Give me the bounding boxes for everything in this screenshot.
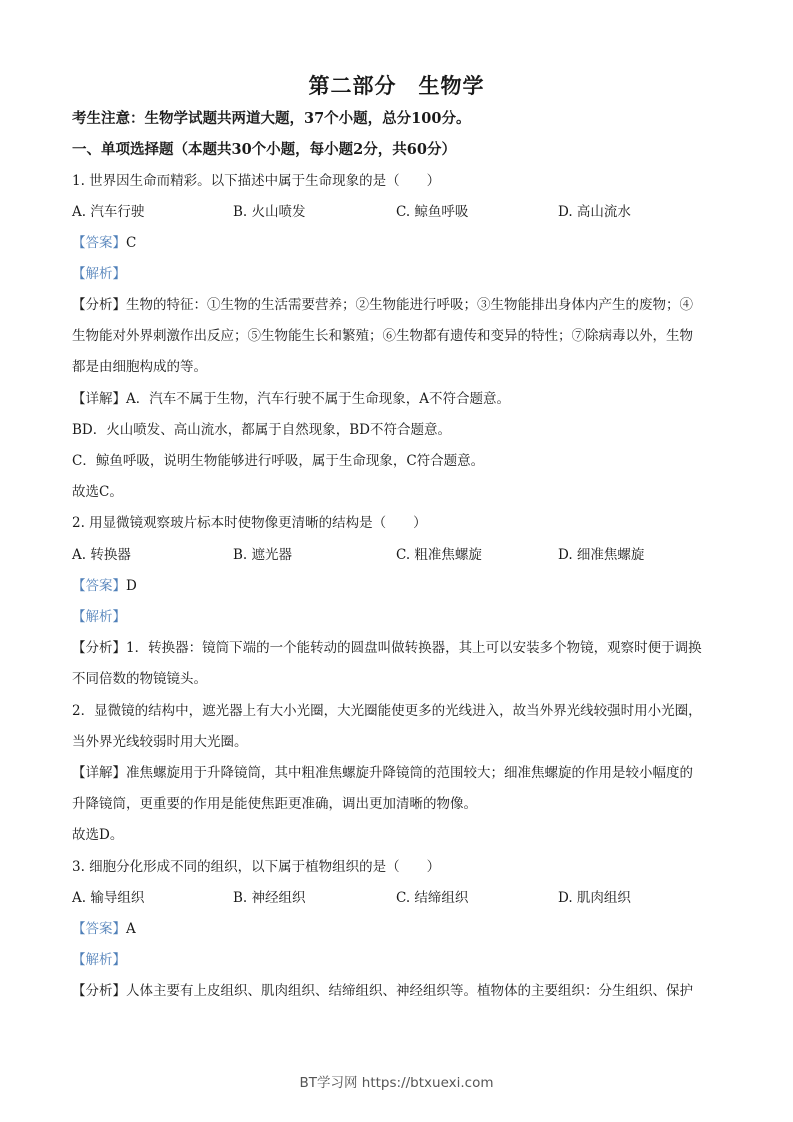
q2-option-d: D. 细准焦螺旋 (558, 546, 644, 564)
q1-xiangjie-line-1: BD．火山喷发、高山流水，都属于自然现象，BD不符合题意。 (72, 421, 451, 439)
q2-fenxi-line-3: 当外界光线较弱时用大光圈。 (72, 733, 248, 751)
q1-conclusion: 故选C。 (72, 483, 123, 501)
q1-option-b: B. 火山喷发 (233, 203, 306, 221)
jiexi-label: 【解析】 (72, 609, 126, 625)
q1-answer-value: C (126, 235, 136, 251)
question-1-stem: 1. 世界因生命而精彩。以下描述中属于生命现象的是（ ） (72, 172, 440, 190)
q2-option-b: B. 遮光器 (233, 546, 292, 564)
q1-option-c: C. 鲸鱼呼吸 (396, 203, 468, 221)
q3-answer: 【答案】A (72, 920, 136, 938)
text: 1．转换器：镜筒下端的一个能转动的圆盘叫做转换器，其上可以安装多个物镜，观察时便… (126, 640, 702, 656)
page-title: 第二部分 生物学 (0, 70, 793, 100)
q1-fenxi-line-1: 生物能对外界刺激作出反应；⑤生物能生长和繁殖；⑥生物都有遗传和变异的特性；⑦除病… (72, 327, 693, 345)
q1-xiangjie-line-0: 【详解】A．汽车不属于生物，汽车行驶不属于生命现象，A不符合题意。 (72, 390, 510, 408)
text: 准焦螺旋用于升降镜筒，其中粗准焦螺旋升降镜筒的范围较大；细准焦螺旋的作用是较小幅… (126, 765, 693, 781)
q2-conclusion: 故选D。 (72, 826, 123, 844)
q2-fenxi-line-0: 【分析】1．转换器：镜筒下端的一个能转动的圆盘叫做转换器，其上可以安装多个物镜，… (72, 639, 702, 657)
q3-option-a: A. 输导组织 (72, 889, 144, 907)
text: A．汽车不属于生物，汽车行驶不属于生命现象，A不符合题意。 (126, 391, 510, 407)
jiexi-label: 【解析】 (72, 952, 126, 968)
q2-option-a: A. 转换器 (72, 546, 131, 564)
text: 人体主要有上皮组织、肌肉组织、结缔组织、神经组织等。植物体的主要组织：分生组织、… (126, 983, 693, 999)
q3-jiexi-label: 【解析】 (72, 951, 126, 969)
fenxi-label: 【分析】 (72, 297, 126, 313)
fenxi-label: 【分析】 (72, 983, 126, 999)
q2-answer-value: D (126, 578, 137, 594)
jiexi-label: 【解析】 (72, 266, 126, 282)
q1-fenxi-line-0: 【分析】生物的特征：①生物的生活需要营养；②生物能进行呼吸；③生物能排出身体内产… (72, 296, 693, 314)
q2-fenxi-line-1: 不同倍数的物镜镜头。 (72, 670, 207, 688)
question-3-stem: 3. 细胞分化形成不同的组织，以下属于植物组织的是（ ） (72, 858, 440, 876)
document-page: 第二部分 生物学 考生注意：生物学试题共两道大题，37个小题，总分100分。 一… (0, 0, 793, 1122)
q2-xiangjie-line-0: 【详解】准焦螺旋用于升降镜筒，其中粗准焦螺旋升降镜筒的范围较大；细准焦螺旋的作用… (72, 764, 693, 782)
q1-option-a: A. 汽车行驶 (72, 203, 144, 221)
q2-fenxi-line-2: 2．显微镜的结构中，遮光器上有大小光圈，大光圈能使更多的光线进入，故当外界光线较… (72, 702, 702, 720)
q1-answer: 【答案】C (72, 234, 136, 252)
q3-option-b: B. 神经组织 (233, 889, 306, 907)
q1-option-d: D. 高山流水 (558, 203, 631, 221)
answer-label: 【答案】 (72, 235, 126, 251)
exam-notice: 考生注意：生物学试题共两道大题，37个小题，总分100分。 (72, 110, 470, 128)
footer-watermark: BT学习网 https://btxuexi.com (0, 1071, 793, 1091)
q1-fenxi-line-2: 都是由细胞构成的等。 (72, 358, 207, 376)
section-heading: 一、单项选择题（本题共30个小题，每小题2分，共60分） (72, 141, 456, 159)
q2-xiangjie-line-1: 升降镜筒，更重要的作用是能使焦距更准确，调出更加清晰的物像。 (72, 795, 477, 813)
xiangjie-label: 【详解】 (72, 765, 126, 781)
q3-fenxi-line-0: 【分析】人体主要有上皮组织、肌肉组织、结缔组织、神经组织等。植物体的主要组织：分… (72, 982, 693, 1000)
fenxi-label: 【分析】 (72, 640, 126, 656)
text: 生物的特征：①生物的生活需要营养；②生物能进行呼吸；③生物能排出身体内产生的废物… (126, 297, 693, 313)
q2-answer: 【答案】D (72, 577, 137, 595)
q3-option-d: D. 肌肉组织 (558, 889, 631, 907)
q1-jiexi-label: 【解析】 (72, 265, 126, 283)
question-2-stem: 2. 用显微镜观察玻片标本时使物像更清晰的结构是（ ） (72, 514, 427, 532)
q3-option-c: C. 结缔组织 (396, 889, 468, 907)
q1-xiangjie-line-2: C．鲸鱼呼吸，说明生物能够进行呼吸，属于生命现象，C符合题意。 (72, 452, 484, 470)
xiangjie-label: 【详解】 (72, 391, 126, 407)
q3-answer-value: A (126, 921, 136, 937)
answer-label: 【答案】 (72, 578, 126, 594)
answer-label: 【答案】 (72, 921, 126, 937)
q2-option-c: C. 粗准焦螺旋 (396, 546, 482, 564)
q2-jiexi-label: 【解析】 (72, 608, 126, 626)
